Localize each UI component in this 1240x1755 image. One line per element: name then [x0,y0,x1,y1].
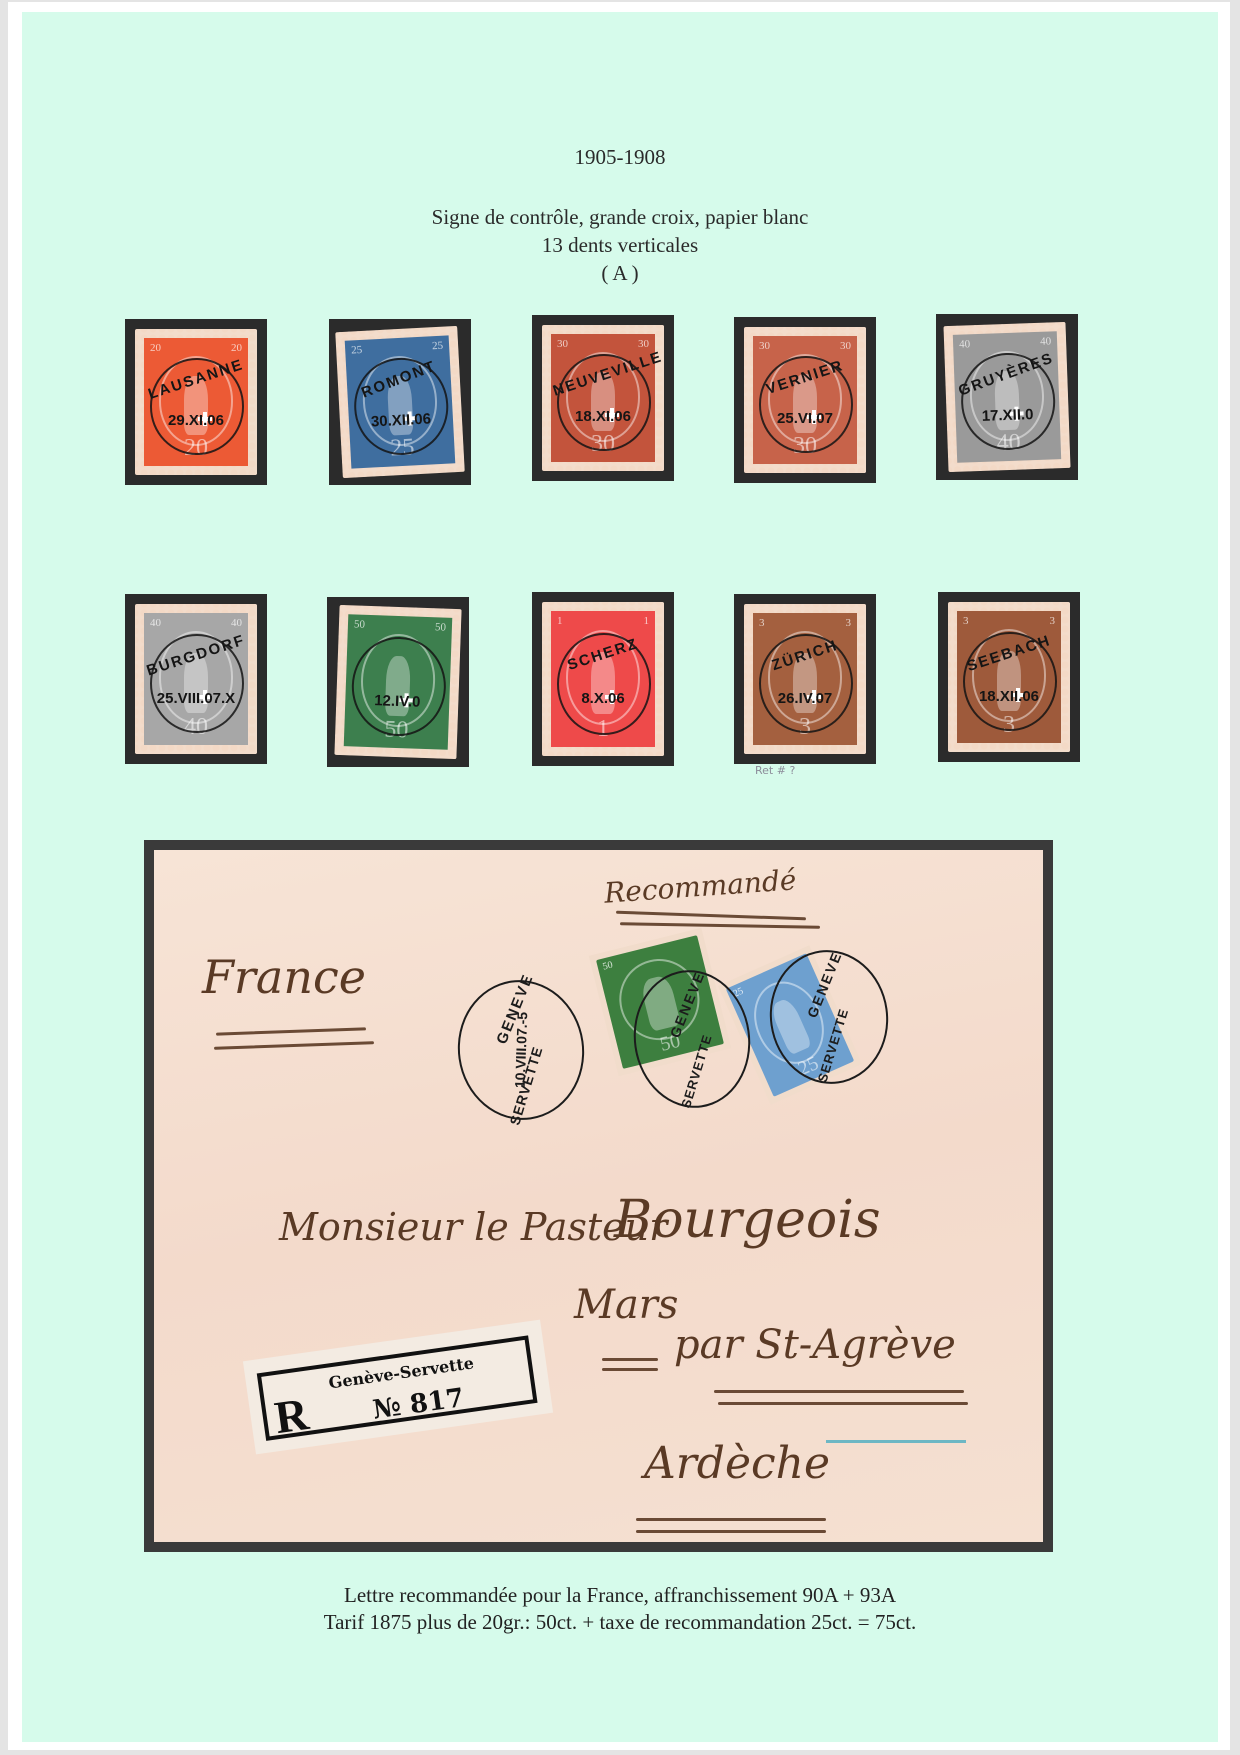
stamp-design: 303030VERNIER25.VI.07 [753,336,857,464]
stamp-8: 111SCHERZ8.X.06 [542,602,664,756]
stamp-design: 111SCHERZ8.X.06 [551,611,655,747]
postmark-date: 17.XII.0 [955,405,1060,426]
underline [636,1518,826,1521]
address-town: Mars [574,1282,678,1328]
subtitle-line2: 13 dents verticales [22,232,1218,258]
stamp-10: 333SEEBACH18.XII.06 [948,602,1070,752]
postmark-date: 8.X.06 [551,690,655,707]
stamp-mount: 303030VERNIER25.VI.07 [734,317,876,483]
stamp-mount: 333ZÜRICH26.IV.07 [734,594,876,764]
underline [636,1530,826,1533]
stamp-design: 50505012.IV.0 [344,614,453,750]
stamp-2: 252525ROMONT30.XII.06 [335,326,464,478]
underline [214,1041,374,1050]
postmark-date: 29.XI.06 [144,412,248,429]
postmark-date: 25.VI.07 [753,410,857,427]
address-via: par St-Agrève [674,1322,956,1368]
stamp-7: 50505012.IV.0 [334,605,461,759]
subtitle-line1: Signe de contrôle, grande croix, papier … [22,204,1218,230]
postmark: GENEVE 10.VIII.07.-5 SERVETTE [449,972,593,1128]
underline [216,1027,366,1035]
caption-line2: Tarif 1875 plus de 20gr.: 50ct. + taxe d… [22,1609,1218,1636]
underline [616,911,806,921]
stamp-mount: 303030NEUVEVILLE18.XI.06 [532,315,674,481]
stamp-3: 303030NEUVEVILLE18.XI.06 [542,325,664,471]
stamp-mount: 404040BURGDORF25.VIII.07.X [125,594,267,764]
pencil-note: Ret # ? [755,764,795,777]
underline [602,1368,658,1371]
stamp-4: 303030VERNIER25.VI.07 [744,327,866,473]
postmark-date: 26.IV.07 [753,690,857,707]
stamp-mount: 50505012.IV.0 [327,597,469,767]
subtitle-line3: ( A ) [22,260,1218,286]
registered-note: Recommandé [603,863,797,909]
stamp-6: 404040BURGDORF25.VIII.07.X [135,604,257,754]
stamp-mount: 404040GRUYÈRES17.XII.0 [936,314,1078,480]
postmark-date: 18.XII.06 [957,688,1061,705]
stamp-5: 404040GRUYÈRES17.XII.0 [943,322,1070,472]
album-page: 1905-1908 Signe de contrôle, grande croi… [22,12,1218,1742]
postmark-date: 25.VIII.07.X [144,690,248,707]
stamp-design: 303030NEUVEVILLE18.XI.06 [551,334,655,462]
stamp-design: 252525ROMONT30.XII.06 [345,335,456,468]
stamp-design: 404040BURGDORF25.VIII.07.X [144,613,248,745]
addressee-title: Monsieur le Pasteur [279,1205,667,1249]
stamp-mount: 252525ROMONT30.XII.06 [329,319,471,485]
stamp-mount: 333SEEBACH18.XII.06 [938,592,1080,762]
postmark-date: 18.XI.06 [551,408,655,425]
caption-line1: Lettre recommandée pour la France, affra… [22,1582,1218,1609]
stamp-design: 202020LAUSANNE29.XI.06 [144,338,248,466]
stamp-design: 333SEEBACH18.XII.06 [957,611,1061,743]
stamp-mount: 202020LAUSANNE29.XI.06 [125,319,267,485]
stamp-mount: 111SCHERZ8.X.06 [532,592,674,766]
addressee-name: Bourgeois [614,1190,881,1250]
blue-pencil-line [826,1440,966,1443]
underline [602,1358,658,1361]
destination-country: France [202,950,366,1004]
stamp-1: 202020LAUSANNE29.XI.06 [135,329,257,475]
address-department: Ardèche [644,1438,830,1489]
stamp-design: 404040GRUYÈRES17.XII.0 [953,331,1061,463]
stamp-9: 333ZÜRICH26.IV.07 [744,604,866,754]
postmark-date: 12.IV.0 [345,691,450,712]
registration-number: № 817 [371,1383,466,1425]
stamp-design: 333ZÜRICH26.IV.07 [753,613,857,745]
period-heading: 1905-1908 [22,144,1218,170]
underline [718,1402,968,1405]
registration-letter: R [271,1387,311,1444]
underline [714,1390,964,1393]
underline [620,922,820,928]
